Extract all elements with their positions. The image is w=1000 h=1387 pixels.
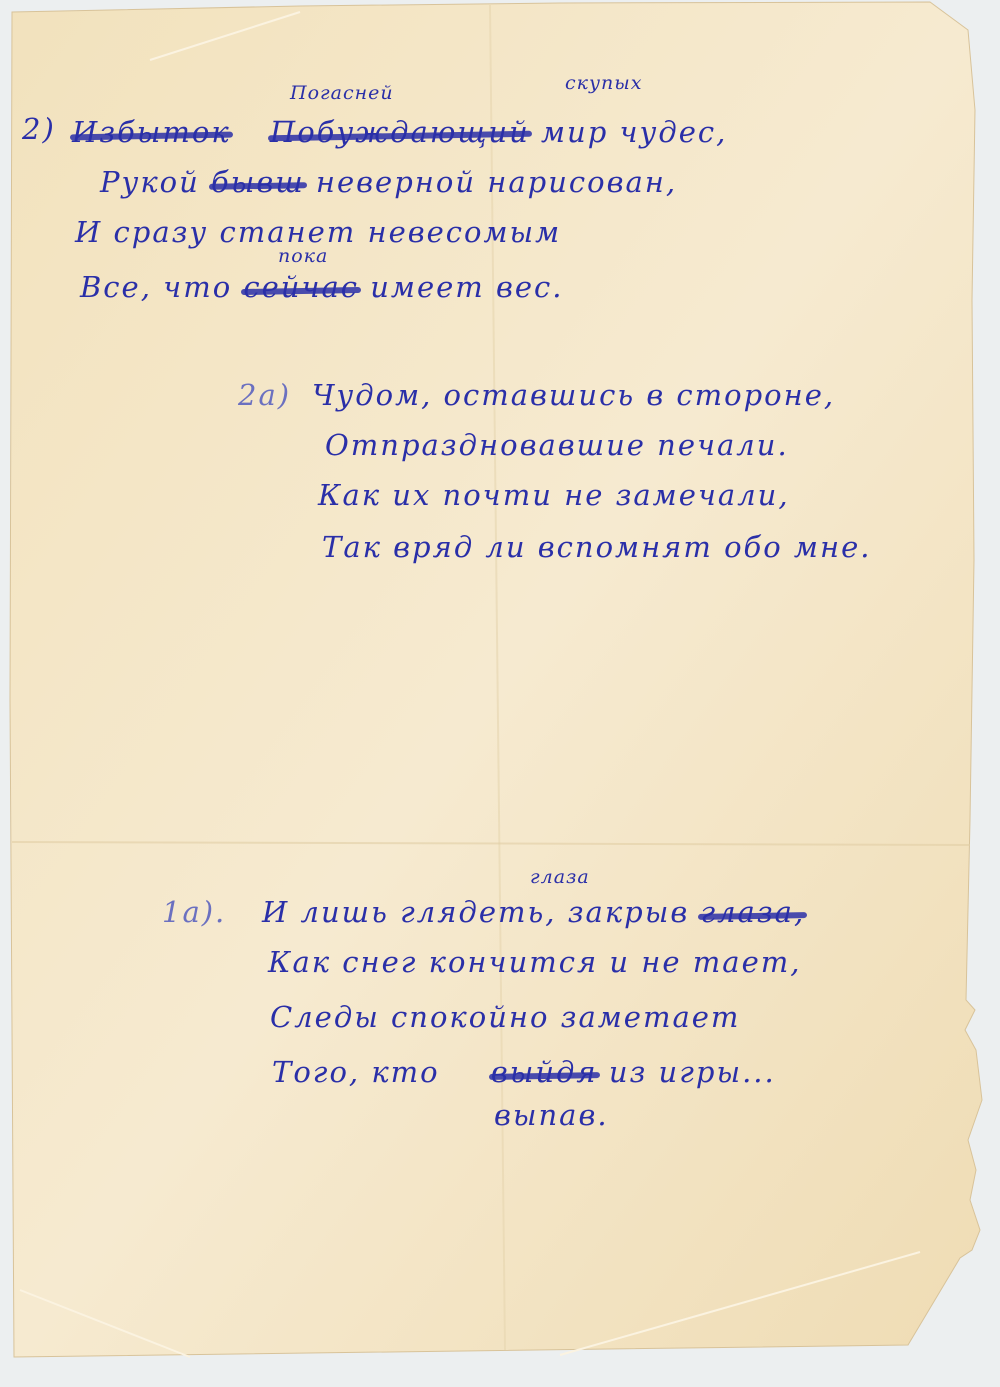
insertion-word: Погасней xyxy=(290,82,394,104)
line-text: имеет вес. xyxy=(370,270,563,304)
struck-word: Побуждающий xyxy=(270,115,530,149)
line: Все, что сейчас имеет вес. xyxy=(80,270,564,304)
line: Чудом, оставшись в стороне, xyxy=(312,378,835,412)
line: И лишь глядеть, закрыв глаза, xyxy=(262,895,805,929)
line: Так вряд ли вспомнят обо мне. xyxy=(322,530,871,564)
insertion-word: скупых xyxy=(565,72,642,94)
line-text: И лишь глядеть, xyxy=(262,895,557,929)
line: Отпраздновавшие печали. xyxy=(325,428,789,462)
struck-word: глаза, xyxy=(700,895,805,929)
line: Следы спокойно заметает xyxy=(270,1000,740,1034)
insertion-word: глаза xyxy=(530,866,590,888)
struck-word: Избыток xyxy=(72,115,231,149)
line: Как их почти не замечали, xyxy=(318,478,790,512)
struck-word: выйдя xyxy=(491,1055,598,1089)
line-text: Рукой xyxy=(100,165,200,199)
line-text: закрыв xyxy=(568,895,690,929)
stanza-label: 2а) xyxy=(238,378,291,412)
line: Избыток Побуждающий мир чудес, xyxy=(72,115,727,149)
insertion-word: выпав. xyxy=(494,1098,609,1132)
struck-word: сейчас xyxy=(243,270,359,304)
paper-sheet xyxy=(0,0,1000,1387)
line: Рукой бывш неверной нарисован, xyxy=(100,165,677,199)
stanza-label: 2) xyxy=(22,112,56,146)
line-text: неверной нарисован, xyxy=(316,165,677,199)
manuscript-page xyxy=(0,0,1000,1387)
line-text: Все, что xyxy=(80,270,232,304)
line-text: мир чудес, xyxy=(541,115,727,149)
insertion-word: пока xyxy=(278,245,328,267)
line: Как снег кончится и не тает, xyxy=(268,945,801,979)
struck-word: бывш xyxy=(211,165,305,199)
line-text: Того, кто xyxy=(272,1055,440,1089)
line: Того, кто выйдя из игры... xyxy=(272,1055,776,1089)
line: И сразу станет невесомым xyxy=(75,215,561,249)
line-text: из игры... xyxy=(609,1055,776,1089)
stanza-label: 1а). xyxy=(162,895,226,929)
